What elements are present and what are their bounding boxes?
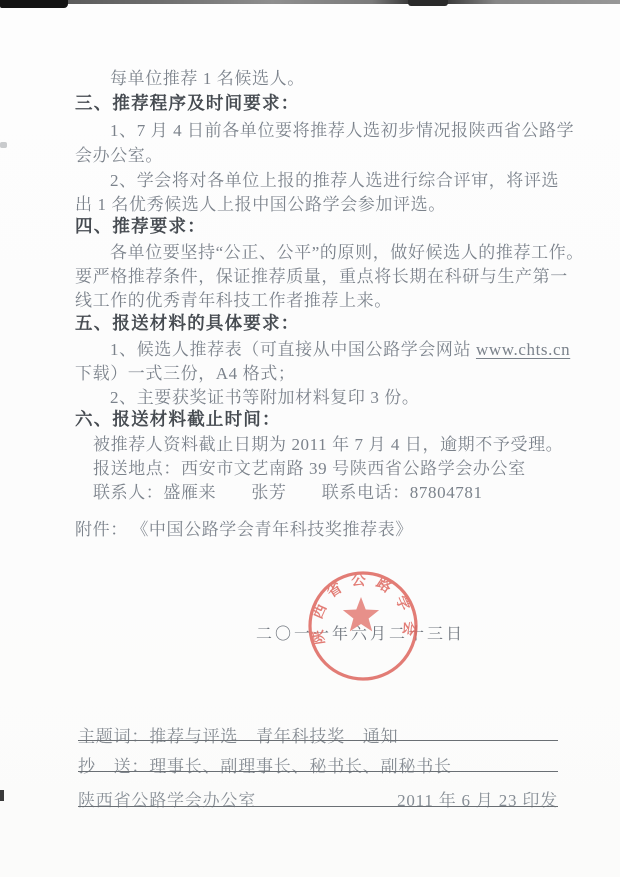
cc-value: 理事长、副理事长、秘书长、副秘书长 [149, 757, 452, 776]
deadline-line: 被推荐人资料截止日期为 2011 年 7 月 4 日，逾期不予受理。 [93, 430, 563, 455]
scan-left-smudge [0, 142, 7, 148]
body-line: 要严格推荐条件，保证推荐质量，重点将长期在科研与生产第一 [75, 262, 568, 287]
body-line: 2、主要获奖证书等附加材料复印 3 份。 [110, 383, 420, 408]
body-line: 1、候选人推荐表（可直接从中国公路学会网站 www.chts.cn [110, 335, 570, 360]
section-heading-6: 六、报送材料截止时间： [75, 406, 281, 431]
body-line: 各单位要坚持“公正、公平”的原则，做好候选人的推荐工作。 [110, 238, 584, 263]
body-line: 下载）一式三份，A4 格式； [75, 359, 295, 384]
issuer-row: 陕西省公路学会办公室 2011 年 6 月 23 印发 [78, 786, 558, 811]
subject-label: 主题词： [78, 727, 149, 746]
scan-edge-mark [408, 0, 448, 6]
scan-left-mark [0, 790, 4, 801]
body-line: 2、学会将对各单位上报的推荐人选进行综合评审，将评选 [110, 166, 559, 191]
body-line: 会办公室。 [75, 141, 163, 166]
divider-line [78, 771, 558, 772]
section-heading-5: 五、报送材料的具体要求： [75, 310, 299, 335]
website-url: www.chts.cn [476, 340, 570, 359]
divider-line [78, 806, 558, 807]
attachment-title: 《中国公路学会青年科技奖推荐表》 [140, 520, 413, 539]
subject-value: 推荐与评选 青年科技奖 通知 [149, 727, 398, 746]
body-line: 出 1 名优秀候选人上报中国公路学会参加评选。 [75, 190, 446, 215]
official-red-seal: 陕西省公路学会 [303, 566, 423, 686]
body-line: 1、7 月 4 日前各单位要将推荐人选初步情况报陕西省公路学 [110, 116, 574, 141]
subject-line: 主题词：推荐与评选 青年科技奖 通知 [78, 722, 398, 747]
print-date: 2011 年 6 月 23 印发 [397, 786, 558, 811]
body-line: 每单位推荐 1 名候选人。 [110, 64, 305, 89]
seal-star-icon [343, 597, 379, 631]
attachment-line: 附件：《中国公路学会青年科技奖推荐表》 [75, 515, 413, 540]
body-line-text: 1、候选人推荐表（可直接从中国公路学会网站 [110, 340, 476, 359]
scan-corner-mark [0, 0, 68, 8]
attachment-label: 附件： [75, 520, 128, 539]
issuer-office: 陕西省公路学会办公室 [78, 786, 256, 811]
section-heading-3: 三、推荐程序及时间要求： [75, 90, 299, 115]
section-heading-4: 四、推荐要求： [75, 213, 206, 238]
cc-line: 抄 送：理事长、副理事长、秘书长、副秘书长 [78, 752, 452, 777]
contact-line: 联系人：盛雁来 张芳 联系电话：87804781 [93, 478, 483, 503]
divider-line [78, 740, 558, 741]
cc-label: 抄 送： [78, 757, 149, 776]
body-line: 线工作的优秀青年科技工作者推荐上来。 [75, 286, 392, 311]
address-line: 报送地点：西安市文艺南路 39 号陕西省公路学会办公室 [93, 454, 526, 479]
scan-edge-band [0, 0, 620, 4]
scanned-document-page: 每单位推荐 1 名候选人。 三、推荐程序及时间要求： 1、7 月 4 日前各单位… [0, 0, 620, 877]
